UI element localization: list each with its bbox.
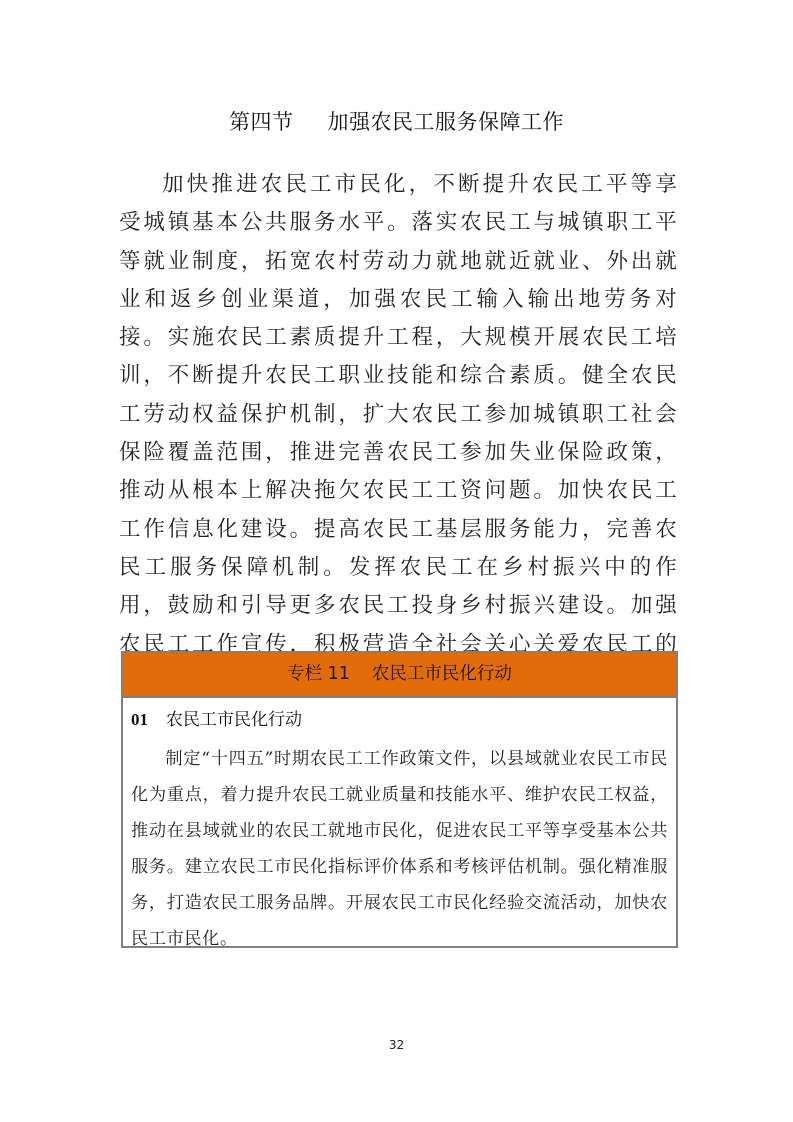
document-page: 第四节加强农民工服务保障工作 加快推进农民工市民化，不断提升农民工平等享受城镇基… <box>0 0 793 1122</box>
feature-item-text: 制定“十四五”时期农民工工作政策文件，以县域就业农民工市民化为重点，着力提升农民… <box>131 741 668 957</box>
feature-box-header: 专栏 11农民工市民化行动 <box>123 653 676 698</box>
section-title: 加强农民工服务保障工作 <box>328 110 565 134</box>
feature-item-body: 制定“十四五”时期农民工工作政策文件，以县域就业农民工市民化为重点，着力提升农民… <box>123 741 676 957</box>
feature-item-heading: 01农民工市民化行动 <box>123 705 676 735</box>
body-text: 加快推进农民工市民化，不断提升农民工平等享受城镇基本公共服务水平。落实农民工与城… <box>119 166 679 702</box>
feature-item-number: 01 <box>131 710 148 729</box>
feature-item-title: 农民工市民化行动 <box>166 710 302 730</box>
section-number: 第四节 <box>229 110 294 134</box>
feature-box: 专栏 11农民工市民化行动 01农民工市民化行动 制定“十四五”时期农民工工作政… <box>121 651 678 948</box>
feature-box-label: 专栏 11 <box>287 664 350 684</box>
body-paragraph: 加快推进农民工市民化，不断提升农民工平等享受城镇基本公共服务水平。落实农民工与城… <box>119 166 679 702</box>
section-heading: 第四节加强农民工服务保障工作 <box>0 106 793 136</box>
page-number: 32 <box>0 1038 793 1052</box>
feature-box-title: 农民工市民化行动 <box>372 664 512 684</box>
